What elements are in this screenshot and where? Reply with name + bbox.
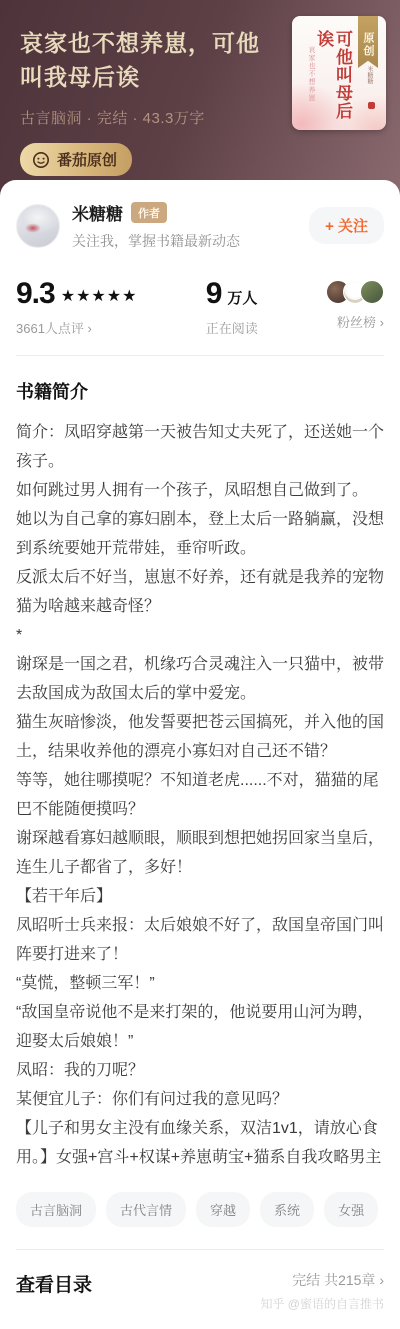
intro-heading: 书籍简介: [16, 378, 384, 404]
fans-label[interactable]: 粉丝榜 ›: [326, 312, 384, 331]
tag-item[interactable]: 古代言情: [106, 1192, 186, 1227]
catalog-title[interactable]: 查看目录: [16, 1270, 92, 1297]
catalog-row[interactable]: 查看目录 完结 共215章 › 知乎 @蜜语的自言推书: [0, 1250, 400, 1312]
content-card: 米糖糖 作者 关注我，掌握书籍最新动态 + 关注 9.3 ★★★★★ 3661人…: [0, 180, 400, 1312]
intro-paragraph: 猫生灰暗惨淡，他发誓要把苍云国搞死，并入他的国土，结果收养他的漂亮小寡妇对自己还…: [16, 708, 384, 766]
fans-block[interactable]: 粉丝榜 ›: [326, 277, 384, 331]
author-info: 米糖糖 作者 关注我，掌握书籍最新动态: [72, 200, 309, 251]
chevron-right-icon: ›: [88, 321, 92, 336]
intro-paragraph: “莫慌，整顿三军！”: [16, 969, 384, 998]
tag-item[interactable]: 穿越: [196, 1192, 250, 1227]
intro-paragraph: 谢琛是一国之君，机缘巧合灵魂注入一只猫中，被带去敌国成为敌国太后的掌中爱宠。: [16, 650, 384, 708]
tag-list: 古言脑洞 古代言情 穿越 系统 女强: [0, 1172, 400, 1227]
star-rating-icon: ★★★★★: [61, 286, 138, 306]
follow-button[interactable]: + 关注: [309, 207, 384, 244]
tag-item[interactable]: 古言脑洞: [16, 1192, 96, 1227]
book-cover[interactable]: 原创 哀家也不想养崽 可他叫母后诶 米糖糖: [292, 16, 386, 130]
intro-paragraph: “敌国皇帝说他不是来打架的，他说要用山河为聘，迎娶太后娘娘！”: [16, 998, 384, 1056]
chevron-right-icon: ›: [380, 315, 384, 330]
intro-paragraph: 等等，她往哪摸呢？不知道老虎......不对，猫猫的尾巴不能随便摸吗？: [16, 766, 384, 824]
intro-paragraph: 简介：凤昭穿越第一天被告知丈夫死了，还送她一个孩子。: [16, 418, 384, 476]
rating-label[interactable]: 3661人点评 ›: [16, 318, 206, 337]
intro-paragraph: 谢琛越看寡妇越顺眼，顺眼到想把她拐回家当皇后，连生儿子都省了，多好！: [16, 824, 384, 882]
intro-paragraph: *: [16, 621, 384, 650]
watermark: 知乎 @蜜语的自言推书: [260, 1295, 384, 1312]
tag-item[interactable]: 系统: [260, 1192, 314, 1227]
original-ribbon: 原创: [358, 16, 378, 68]
origin-badge-label: 番茄原创: [57, 149, 117, 170]
intro-paragraph: 她以为自己拿的寡妇剧本，登上太后一路躺赢，没想到系统要她开荒带娃，垂帘听政。: [16, 505, 384, 563]
readers-block: 9 万人 正在阅读: [206, 277, 326, 337]
author-section: 米糖糖 作者 关注我，掌握书籍最新动态 + 关注: [0, 184, 400, 257]
cover-author-name: 米糖糖: [365, 66, 374, 84]
intro-paragraph: 【儿子和男女主没有血缘关系，双洁1v1，请放心食用。】女强+宫斗+权谋+养崽萌宝…: [16, 1114, 384, 1172]
author-subtitle: 关注我，掌握书籍最新动态: [72, 231, 309, 251]
cover-title: 可他叫母后诶: [314, 30, 352, 122]
intro-paragraph: 如何跳过男人拥有一个孩子，凤昭想自己做到了。: [16, 476, 384, 505]
rating-score: 9.3: [16, 277, 55, 311]
readers-label: 正在阅读: [206, 318, 326, 337]
readers-unit: 万人: [227, 287, 257, 308]
intro-paragraph: 凤昭听士兵来报：太后娘娘不好了，敌国皇帝国门叫阵要打进来了！: [16, 911, 384, 969]
author-name[interactable]: 米糖糖: [72, 200, 123, 225]
author-avatar[interactable]: [16, 204, 60, 248]
book-title: 哀家也不想养崽，可他叫我母后诶: [20, 26, 282, 94]
tag-item[interactable]: 女强: [324, 1192, 378, 1227]
readers-count: 9: [206, 277, 222, 311]
chevron-right-icon: ›: [379, 1272, 384, 1288]
book-intro-section: 书籍简介 简介：凤昭穿越第一天被告知丈夫死了，还送她一个孩子。 如何跳过男人拥有…: [0, 356, 400, 1172]
stats-section: 9.3 ★★★★★ 3661人点评 › 9 万人 正在阅读 粉丝榜 ›: [0, 257, 400, 355]
intro-paragraph: 反派太后不好当，崽崽不好养，还有就是我养的宠物猫为啥越来越奇怪？: [16, 563, 384, 621]
intro-paragraph: 某便宜儿子：你们有问过我的意见吗？: [16, 1085, 384, 1114]
rating-block[interactable]: 9.3 ★★★★★ 3661人点评 ›: [16, 277, 206, 337]
book-header: 哀家也不想养崽，可他叫我母后诶 古言脑洞 · 完结 · 43.3万字 番茄原创 …: [0, 0, 400, 196]
author-role-badge: 作者: [131, 202, 167, 223]
tomato-smiley-icon: [32, 151, 50, 169]
fan-avatars: [326, 277, 384, 304]
intro-paragraph: 凤昭：我的刀呢？: [16, 1056, 384, 1085]
catalog-status[interactable]: 完结 共215章 ›: [260, 1270, 384, 1290]
book-detail-page: 哀家也不想养崽，可他叫我母后诶 古言脑洞 · 完结 · 43.3万字 番茄原创 …: [0, 0, 400, 1329]
author-seal-icon: [368, 102, 375, 109]
intro-paragraph: 【若干年后】: [16, 882, 384, 911]
fan-avatar-3: [360, 280, 384, 304]
origin-badge: 番茄原创: [20, 143, 132, 176]
